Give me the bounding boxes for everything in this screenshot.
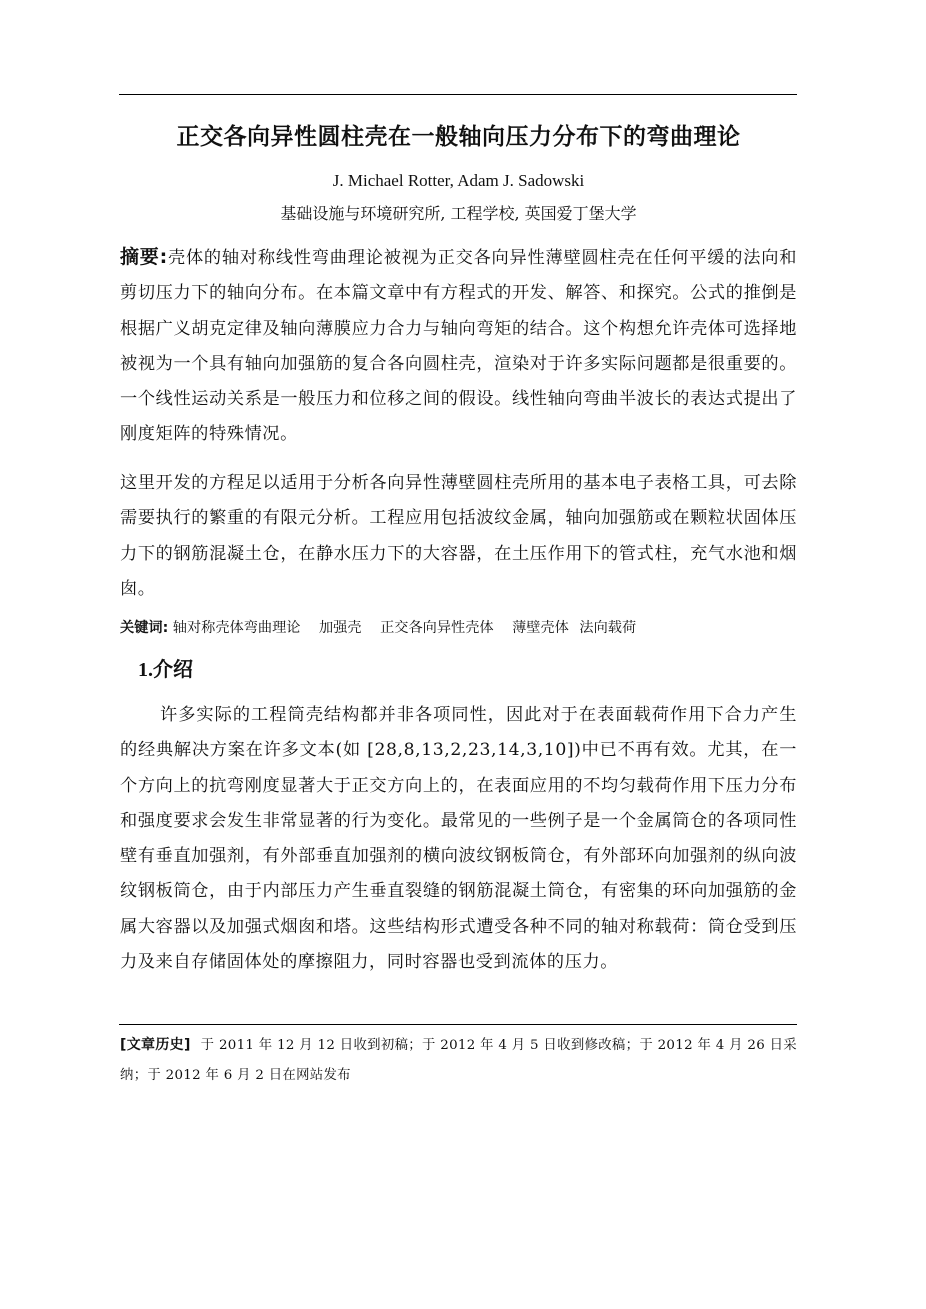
article-history: [文章历史]于 2011 年 12 月 12 日收到初稿；于 2012 年 4 … xyxy=(120,1030,797,1091)
paper-authors: J. Michael Rotter, Adam J. Sadowski xyxy=(120,170,797,192)
keyword: 正交各向异性壳体 xyxy=(380,620,494,636)
keyword: 薄壁壳体 xyxy=(512,620,569,636)
abstract-label: 摘要: xyxy=(120,246,168,268)
keyword: 轴对称壳体弯曲理论 xyxy=(173,620,301,636)
header-rule xyxy=(119,94,797,95)
section-heading-introduction: 1.介绍 xyxy=(138,656,193,684)
keywords-line: 关键词: 轴对称壳体弯曲理论 加强壳 正交各向异性壳体 薄壁壳体 法向载荷 xyxy=(120,617,797,639)
history-text: 于 2011 年 12 月 12 日收到初稿；于 2012 年 4 月 5 日收… xyxy=(120,1038,797,1083)
keyword: 加强壳 xyxy=(319,620,362,636)
introduction-paragraph: 许多实际的工程筒壳结构都并非各项同性，因此对于在表面载荷作用下合力产生的经典解决… xyxy=(120,698,797,980)
history-label: [文章历史] xyxy=(120,1037,191,1053)
paper-affiliation: 基础设施与环境研究所, 工程学校, 英国爱丁堡大学 xyxy=(120,203,797,225)
keyword: 法向载荷 xyxy=(579,620,636,636)
abstract-text: 壳体的轴对称线性弯曲理论被视为正交各向异性薄壁圆柱壳在任何平缓的法向和剪切压力下… xyxy=(120,248,797,444)
keywords-label: 关键词: xyxy=(120,620,168,636)
footnote-rule xyxy=(119,1024,797,1025)
paper-title: 正交各向异性圆柱壳在一般轴向压力分布下的弯曲理论 xyxy=(120,121,797,153)
abstract-paragraph: 摘要:壳体的轴对称线性弯曲理论被视为正交各向异性薄壁圆柱壳在任何平缓的法向和剪切… xyxy=(120,240,797,453)
abstract-paragraph-2: 这里开发的方程足以适用于分析各向异性薄壁圆柱壳所用的基本电子表格工具，可去除需要… xyxy=(120,466,797,607)
